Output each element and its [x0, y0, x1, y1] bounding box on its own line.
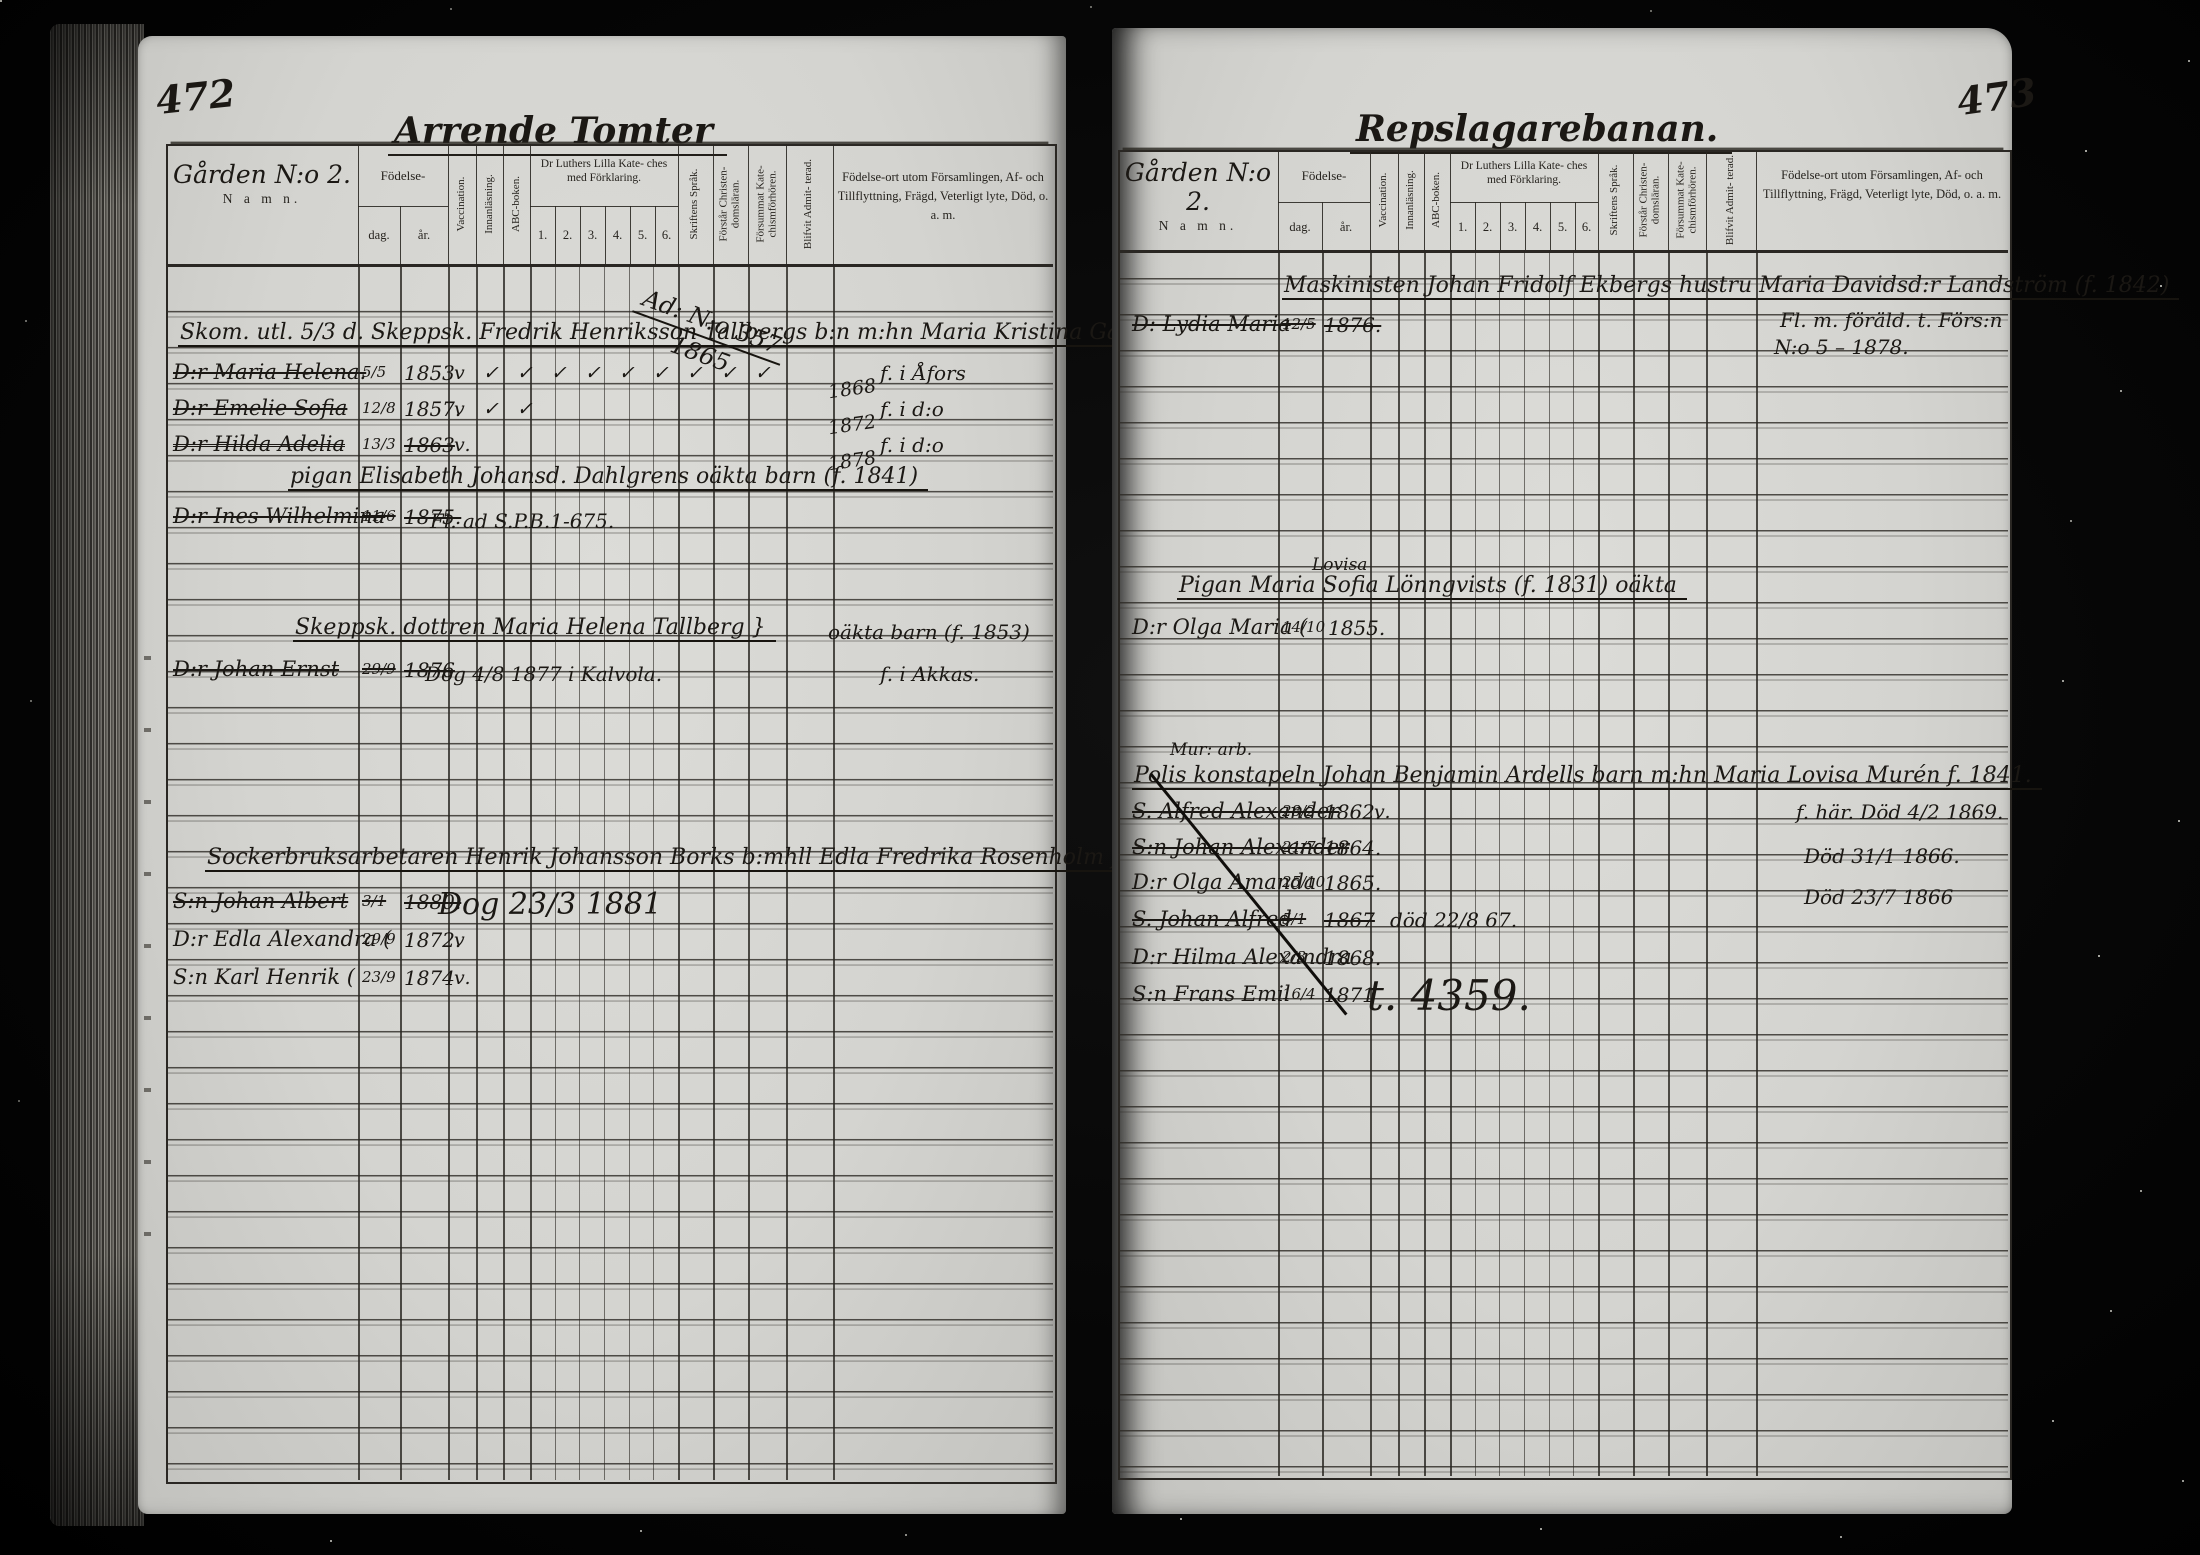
person-name: D:r Edla Alexandra (	[173, 929, 391, 950]
exam-marks: v	[454, 931, 467, 950]
header-divider	[476, 144, 477, 264]
header-divider	[1598, 150, 1599, 250]
film-speckles	[0, 0, 2, 2]
record-row: D:r Edla Alexandra ( 29/9 1872. v	[138, 916, 1066, 950]
forstar-label: Förstår Christen- domsläran.	[1638, 148, 1661, 252]
record-row: D:r Olga Amanda 25/10 1865. Död 23/7 186…	[1112, 859, 2012, 893]
family-header-row: Sockerbruksarbetaren Henrik Johansson Bo…	[138, 838, 1066, 872]
person-name: D:r Hilda Adelia	[173, 434, 345, 455]
book-page-stack-shading	[50, 24, 144, 1526]
fodelse-label: Födelse-	[1278, 168, 1370, 184]
header-divider	[1424, 150, 1425, 250]
header-divider	[833, 144, 834, 264]
birth-day: 5/5	[362, 365, 386, 380]
birth-day: 11/6	[362, 509, 396, 524]
person-name: D:r Ines Wilhelmina	[173, 506, 385, 527]
record-row: S:n Karl Henrik ( 23/9 1874 v.	[138, 954, 1066, 988]
skriftens-label: Skriftens Språk.	[1609, 148, 1621, 252]
garden-label: Gården N:o 2.	[166, 160, 358, 189]
namn-label: N a m n.	[1118, 218, 1278, 234]
record-row: S:n Johan Alexander 21/7 1864. Död 31/1 …	[1112, 824, 2012, 858]
name-column-header: Gården N:o 2. N a m n.	[166, 160, 358, 207]
kateches-6: 6.	[655, 228, 678, 243]
birth-year: 1865.	[1324, 873, 1381, 893]
birth-year: 1864.	[1324, 838, 1381, 858]
sub-header-row: Skeppsk. dottren Maria Helena Tallberg }…	[138, 608, 1066, 642]
header-subline	[358, 206, 448, 207]
remark-line: N:o 5 – 1878.	[1774, 337, 1909, 357]
header-divider	[1475, 202, 1476, 250]
death-note: Dog 4/8 1877 i Kalvola.	[425, 664, 662, 684]
birth-year: 1862.	[1324, 802, 1381, 822]
left-page: 472 Arrende Tomter Gården N:o 2. N a m n…	[138, 36, 1066, 1514]
exam-marks: v ✓ ✓	[454, 400, 535, 419]
scanned-register-spread: 472 Arrende Tomter Gården N:o 2. N a m n…	[0, 0, 2200, 1555]
record-row: D:r Hilda Adelia 13/3 1863 v. 1878 f. i …	[138, 421, 1066, 455]
kateches-4: 4.	[1525, 220, 1550, 235]
header-divider	[630, 206, 631, 264]
birth-year: 1868.	[1324, 948, 1381, 968]
person-name: D:r Maria Helena.	[173, 362, 366, 383]
header-subline	[1278, 202, 1370, 203]
forsummat-label: Försummat Kate- chismförhören.	[1675, 148, 1698, 252]
header-divider	[1500, 202, 1501, 250]
dag-label: dag.	[1278, 220, 1322, 235]
birth-day: 21/7	[1282, 840, 1316, 855]
header-divider	[1278, 150, 1279, 250]
birth-day: 28/2	[1282, 804, 1316, 819]
header-divider	[748, 144, 749, 264]
record-row: D:r Ines Wilhelmina 11/6 1875. Fl. ad S.…	[138, 493, 1066, 527]
header-divider	[555, 206, 556, 264]
family-header-row: Maskinisten Johan Fridolf Ekbergs hustru…	[1112, 266, 2012, 300]
exam-marks: v.	[454, 969, 473, 988]
kateches-1: 1.	[1450, 220, 1475, 235]
fodelse-label: Födelse-	[358, 168, 448, 184]
header-divider	[1525, 202, 1526, 250]
abc-label: ABC-boken.	[511, 152, 523, 256]
birth-day: 25/10	[1282, 875, 1325, 890]
header-divider	[678, 144, 679, 264]
kateches-5: 5.	[630, 228, 655, 243]
record-row: S:n Frans Emil 16/4 1871 t. 4359.	[1112, 971, 2012, 1005]
birth-year: 1857.	[404, 399, 461, 419]
birth-year: 1855.	[1328, 618, 1385, 638]
abc-label: ABC-boken.	[1431, 148, 1443, 252]
sub-header-text: Skeppsk. dottren Maria Helena Tallberg }	[293, 617, 776, 642]
birth-year: 1874	[404, 968, 455, 988]
birth-year: 1867	[1324, 910, 1375, 930]
header-divider	[786, 144, 787, 264]
birth-day: 29/9	[362, 932, 396, 947]
exam-marks: v.	[454, 436, 473, 455]
kateches-2: 2.	[555, 228, 580, 243]
blifvit-label: Blifvit Admit- terad.	[1725, 148, 1737, 252]
fodelseort-label: Födelse-ort utom Församlingen, Af- och T…	[837, 168, 1049, 224]
table-header: Gården N:o 2. N a m n. Födelse- dag. år.…	[1118, 150, 2008, 253]
dag-label: dag.	[358, 228, 400, 243]
record-row: S. Alfred Alexander 28/2 1862. v. f. här…	[1112, 788, 2012, 822]
death-note: död 22/8 67.	[1390, 910, 1517, 930]
person-name: D: Lydia Maria	[1132, 314, 1291, 335]
birth-day: 5/1	[1282, 912, 1306, 927]
birth-day: 12/5	[1282, 317, 1316, 332]
family-header-text: Polis konstapeln Johan Benjamin Ardells …	[1132, 765, 2042, 790]
name-column-header: Gården N:o 2. N a m n.	[1118, 158, 1278, 234]
kateches-3: 3.	[580, 228, 605, 243]
header-divider	[448, 144, 449, 264]
sub-header-tail: oäkta barn (f. 1853)	[828, 622, 1030, 642]
header-divider	[580, 206, 581, 264]
person-name: D:r Hilma Alexandra	[1132, 947, 1352, 968]
right-page: 473 Repslagarebanan. Gården N:o 2. N a m…	[1112, 28, 2012, 1514]
record-row: S:n Johan Albert 3/1 1880. Dog 23/3 1881	[138, 878, 1066, 912]
sub-header-row: Pigan Maria Sofia Lönngvists (f. 1831) o…	[1112, 566, 2012, 600]
person-name: D:r Johan Ernst	[173, 659, 339, 680]
remark: f. i Akkas.	[880, 664, 979, 684]
record-row: D:r Hilma Alexandra 2/3 1868.	[1112, 934, 2012, 968]
forstar-label: Förstår Christen- domsläran.	[718, 152, 741, 256]
kateches-3: 3.	[1500, 220, 1525, 235]
blifvit-label: Blifvit Admit- terad.	[803, 152, 815, 256]
vaccination-label: Vaccination.	[1378, 148, 1390, 252]
remark: f. i d:o	[880, 399, 944, 419]
family-header-text: Sockerbruksarbetaren Henrik Johansson Bo…	[205, 847, 1135, 872]
table-header: Gården N:o 2. N a m n. Födelse- dag. år.…	[166, 144, 1053, 267]
remark: f. i d:o	[880, 435, 944, 455]
page-number: 473	[1954, 69, 2039, 125]
birth-day: 16/4	[1282, 987, 1316, 1002]
header-divider	[1398, 150, 1399, 250]
header-divider	[605, 206, 606, 264]
header-divider	[1668, 150, 1669, 250]
birth-day: 12/8	[362, 401, 396, 416]
record-row: D:r Emelie Sofia 12/8 1857. v ✓ ✓ 1872 f…	[138, 385, 1066, 419]
birth-year: 1876.	[1324, 315, 1381, 335]
vaccination-label: Vaccination.	[456, 152, 468, 256]
record-row: D:r Maria Helena. 5/5 1853 v ✓ ✓ ✓ ✓ ✓ ✓…	[138, 349, 1066, 383]
record-row: S. Johan Alfred 5/1 1867 död 22/8 67.	[1112, 896, 2012, 930]
person-name: S:n Johan Albert	[173, 891, 348, 912]
birth-year: 1863	[404, 435, 455, 455]
ar-label: år.	[1322, 220, 1370, 235]
forsummat-label: Försummat Kate- chismförhören.	[755, 152, 778, 256]
header-divider	[655, 206, 656, 264]
person-name: S:n Frans Emil	[1132, 984, 1290, 1005]
fodelseort-label: Födelse-ort utom Församlingen, Af- och T…	[1760, 166, 2004, 204]
birth-year: 1872.	[404, 930, 461, 950]
namn-label: N a m n.	[166, 191, 358, 207]
correction-row: Mur: arb.	[1112, 725, 2012, 759]
kateches-5: 5.	[1550, 220, 1575, 235]
header-divider	[1550, 202, 1551, 250]
kateches-4: 4.	[605, 228, 630, 243]
kateches-label: Dr Luthers Lilla Kate- ches med Förklari…	[532, 158, 676, 185]
moved-note: Fl. ad S.P.B.1-675.	[430, 511, 614, 531]
header-divider	[503, 144, 504, 264]
sub-header-text: Pigan Maria Sofia Lönngvists (f. 1831) o…	[1177, 575, 1687, 600]
transfer-note: t. 4359.	[1367, 975, 1531, 1017]
header-divider	[1575, 202, 1576, 250]
birth-day: 3/1	[362, 894, 386, 909]
kateches-2: 2.	[1475, 220, 1500, 235]
kateches-6: 6.	[1575, 220, 1598, 235]
sub-header-text: pigan Elisabeth Johansd. Dahlgrens oäkta…	[288, 466, 928, 491]
ar-label: år.	[400, 228, 448, 243]
person-name: D:r Emelie Sofia	[173, 398, 347, 419]
remark: f. i Åfors	[880, 363, 966, 383]
birth-day: 29/9	[362, 662, 396, 677]
birth-day: 13/3	[362, 437, 396, 452]
remark: f. här. Död 4/2 1869.	[1796, 802, 2003, 822]
innanlasning-label: Innanläsning.	[1405, 148, 1417, 252]
birth-day: 14/10	[1282, 620, 1325, 635]
person-name: S:n Karl Henrik (	[173, 967, 355, 988]
header-divider	[713, 144, 714, 264]
header-divider	[1756, 150, 1757, 250]
header-divider	[1633, 150, 1634, 250]
header-divider	[1706, 150, 1707, 250]
family-header-row: Polis konstapeln Johan Benjamin Ardells …	[1112, 756, 2012, 790]
header-divider	[358, 144, 359, 264]
birth-year: 1853	[404, 363, 455, 383]
header-divider	[1370, 150, 1371, 250]
birth-day: 23/9	[362, 970, 396, 985]
record-row: D:r Olga Maria ( 14/10 1855.	[1112, 604, 2012, 638]
kateches-label: Dr Luthers Lilla Kate- ches med Förklari…	[1452, 160, 1596, 187]
sub-header-row: pigan Elisabeth Johansd. Dahlgrens oäkta…	[138, 457, 1066, 491]
family-header-row: Skom. utl. 5/3 d. Skeppsk. Fredrik Henri…	[138, 313, 1066, 347]
kateches-1: 1.	[530, 228, 555, 243]
garden-label: Gården N:o 2.	[1118, 158, 1278, 216]
person-name: S:n Johan Alexander	[1132, 837, 1349, 858]
exam-marks: v.	[1374, 803, 1393, 822]
skriftens-label: Skriftens Språk.	[689, 152, 701, 256]
record-row: D:r Johan Ernst 29/9 1876 Dog 4/8 1877 i…	[138, 646, 1066, 680]
page-number: 472	[154, 70, 238, 123]
innanlasning-label: Innanläsning.	[484, 152, 496, 256]
record-row: D: Lydia Maria 12/5 1876.	[1112, 301, 2012, 335]
